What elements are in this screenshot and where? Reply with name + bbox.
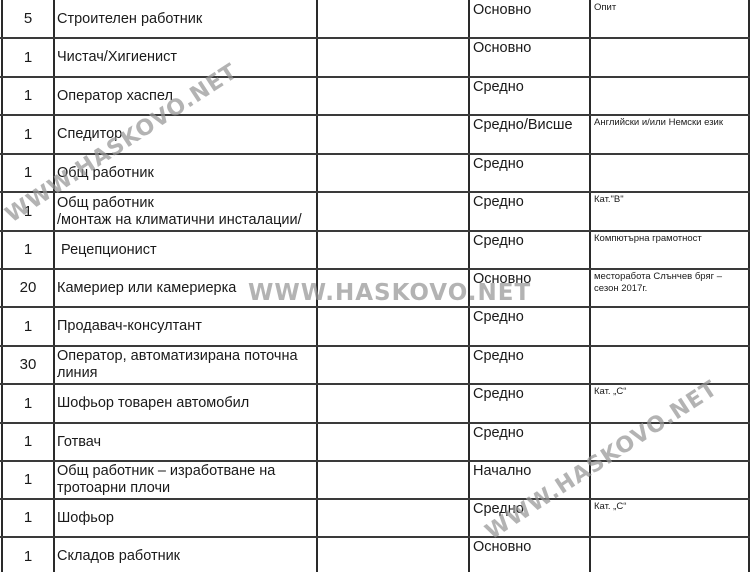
education-cell: Основно (470, 40, 589, 76)
education-cell: Основно (470, 2, 589, 37)
education-cell: Средно (470, 501, 589, 536)
requirements-cell (591, 309, 746, 345)
job-title-cell: Рецепционист (55, 232, 316, 268)
job-title-text: Продавач-консултант (57, 318, 202, 335)
empty-cell (318, 347, 468, 383)
requirements-cell: Кат. „С“ (591, 386, 746, 422)
empty-cell (318, 116, 468, 153)
quantity-cell: 1 (3, 424, 53, 460)
job-title-cell: Готвач (55, 424, 316, 460)
empty-cell (318, 155, 468, 191)
job-title-cell: Складов работник (55, 538, 316, 572)
requirements-cell (591, 425, 746, 460)
requirements-cell (591, 40, 746, 76)
job-title-text: Спедитор (57, 126, 122, 143)
quantity-cell: 1 (3, 116, 53, 153)
job-title-text: Готвач (57, 434, 101, 451)
education-cell: Средно (470, 425, 589, 460)
empty-cell (318, 78, 468, 114)
job-title-cell: Строителен работник (55, 1, 316, 37)
job-title-cell: Спедитор (55, 116, 316, 153)
job-title-cell: Оператор хаспел (55, 78, 316, 114)
requirements-cell (591, 463, 746, 498)
education-cell: Основно (470, 271, 589, 306)
quantity-cell: 5 (3, 1, 53, 37)
quantity-cell: 1 (3, 232, 53, 268)
requirements-cell (591, 539, 746, 572)
quantity-cell: 1 (3, 39, 53, 76)
job-title-text: Рецепционист (57, 242, 157, 259)
education-cell: Средно (470, 348, 589, 383)
empty-cell (318, 538, 468, 572)
empty-cell (318, 270, 468, 306)
empty-cell (318, 193, 468, 230)
education-cell: Средно (470, 386, 589, 422)
quantity-cell: 1 (3, 308, 53, 345)
requirements-cell (591, 156, 746, 191)
empty-cell (318, 462, 468, 498)
empty-cell (318, 308, 468, 345)
quantity-cell: 1 (3, 538, 53, 572)
quantity-cell: 1 (3, 193, 53, 230)
quantity-cell: 1 (3, 385, 53, 422)
quantity-cell: 1 (3, 500, 53, 536)
job-title-text: Чистач/Хигиенист (57, 49, 177, 66)
requirements-cell (591, 79, 746, 114)
quantity-cell: 1 (3, 78, 53, 114)
requirements-cell: Английски и/или Немски език (591, 117, 746, 153)
job-title-text: Общ работник /монтаж на климатични инста… (57, 195, 302, 229)
job-title-cell: Шофьор товарен автомобил (55, 385, 316, 422)
job-title-text: Строителен работник (57, 11, 202, 28)
empty-cell (318, 1, 468, 37)
job-title-text: Шофьор (57, 510, 114, 527)
job-title-text: Оператор, автоматизирана поточна линия (57, 348, 298, 382)
empty-cell (318, 385, 468, 422)
requirements-cell (591, 348, 746, 383)
empty-cell (318, 39, 468, 76)
requirements-cell: Компютърна грамотност (591, 233, 746, 268)
education-cell: Начално (470, 463, 589, 498)
quantity-cell: 1 (3, 155, 53, 191)
job-title-text: Общ работник (57, 165, 154, 182)
education-cell: Средно (470, 79, 589, 114)
job-title-cell: Общ работник – изработване на тротоарни … (55, 462, 316, 498)
requirements-cell: Кат. „С“ (591, 501, 746, 536)
requirements-cell: месторабота Слънчев бряг – сезон 2017г. (591, 271, 746, 306)
requirements-cell: Опит (591, 2, 746, 37)
quantity-cell: 20 (3, 270, 53, 306)
job-title-cell: Общ работник (55, 155, 316, 191)
empty-cell (318, 500, 468, 536)
requirements-cell: Кат."В" (591, 194, 746, 230)
job-title-cell: Продавач-консултант (55, 308, 316, 345)
job-title-cell: Шофьор (55, 500, 316, 536)
job-title-cell: Чистач/Хигиенист (55, 39, 316, 76)
education-cell: Средно (470, 156, 589, 191)
quantity-cell: 1 (3, 462, 53, 498)
empty-cell (318, 232, 468, 268)
job-title-cell: Оператор, автоматизирана поточна линия (55, 347, 316, 383)
quantity-cell: 30 (3, 347, 53, 383)
education-cell: Средно/Висше (470, 117, 589, 153)
education-cell: Средно (470, 194, 589, 230)
job-title-text: Общ работник – изработване на тротоарни … (57, 463, 275, 497)
job-vacancies-table: 5Строителен работникОсновноОпит1Чистач/Х… (0, 0, 750, 572)
education-cell: Средно (470, 233, 589, 268)
education-cell: Основно (470, 539, 589, 572)
job-title-cell: Камериер или камериерка (55, 270, 316, 306)
job-title-text: Шофьор товарен автомобил (57, 395, 249, 412)
job-title-cell: Общ работник /монтаж на климатични инста… (55, 193, 316, 230)
job-title-text: Складов работник (57, 548, 180, 565)
job-title-text: Оператор хаспел (57, 88, 173, 105)
empty-cell (318, 424, 468, 460)
education-cell: Средно (470, 309, 589, 345)
job-title-text: Камериер или камериерка (57, 280, 236, 297)
